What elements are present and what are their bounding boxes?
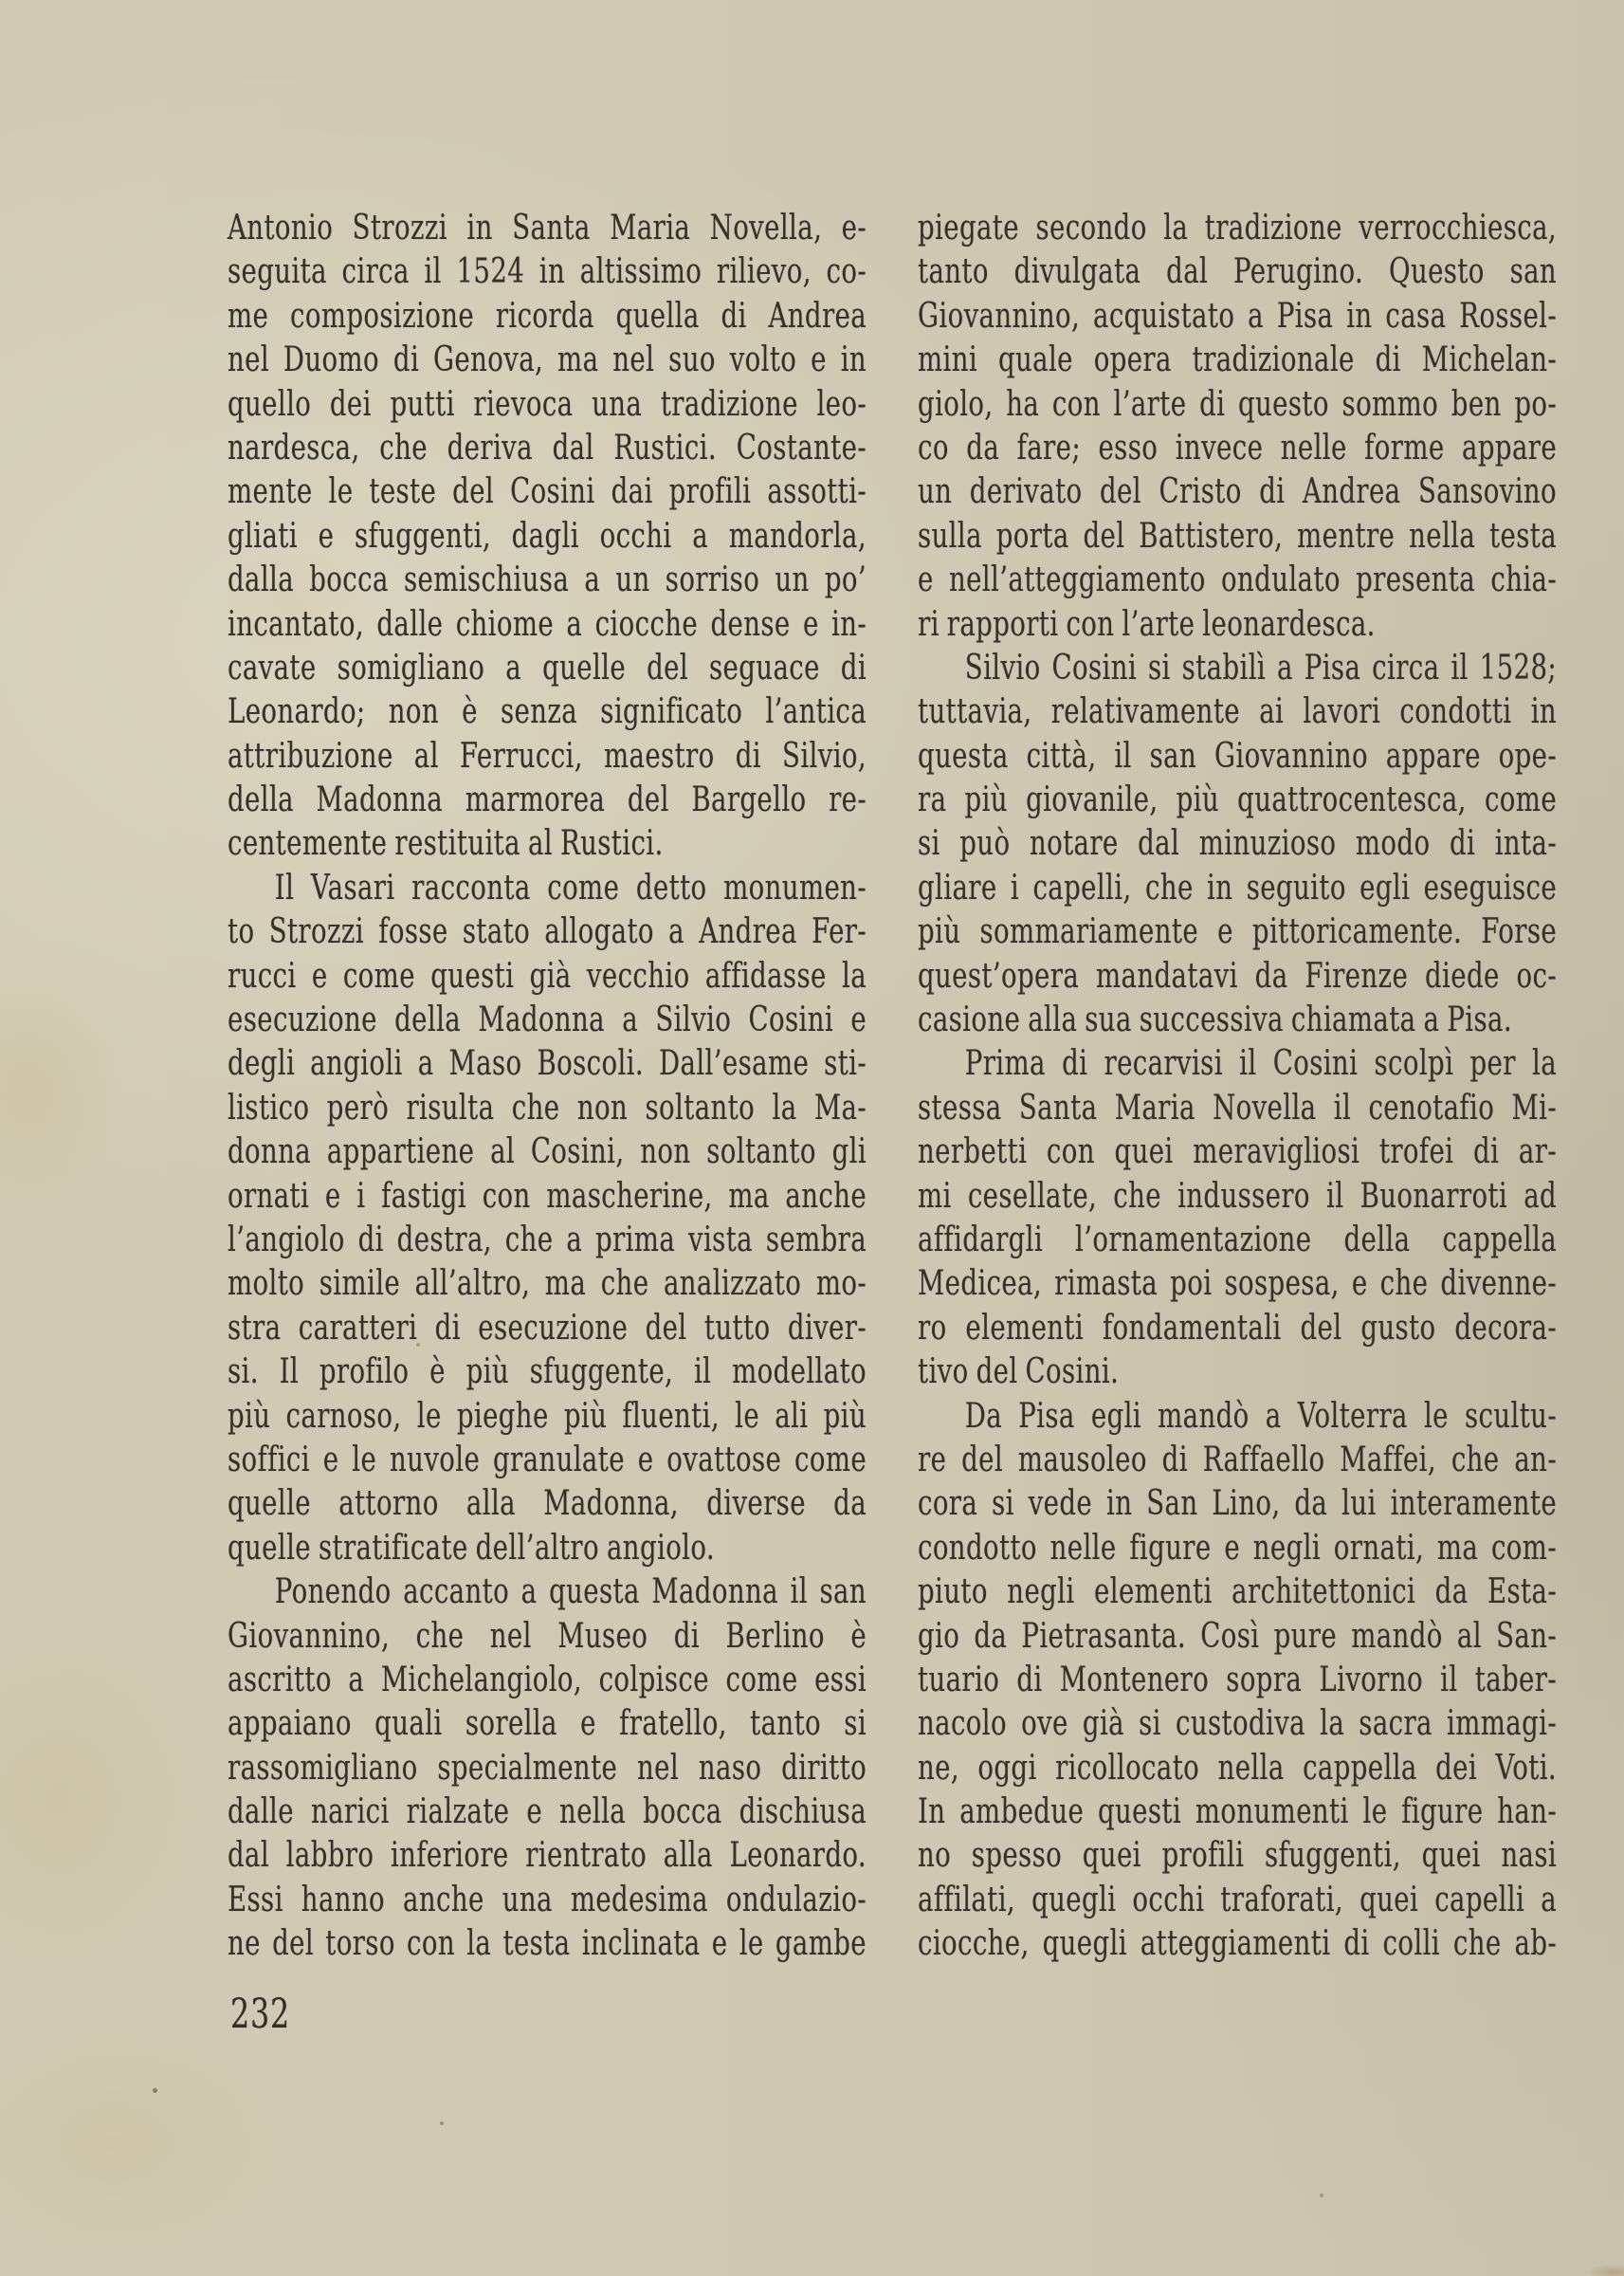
text-line: miniqualeoperatradizionalediMichelan- bbox=[918, 340, 1557, 384]
text-line: cavatesomiglianoaquelledelseguacedi bbox=[228, 649, 867, 692]
text-line: si.Ilprofiloèpiùsfuggente,ilmodellato bbox=[228, 1352, 867, 1396]
text-line: menteletestedelCosinidaiprofiliassotti- bbox=[228, 472, 867, 516]
text-line: Giovannino,acquistatoaPisaincasaRossel- bbox=[918, 297, 1557, 340]
text-line: codafare;essoinvecenelleformeappare bbox=[918, 429, 1557, 472]
scan-speck bbox=[1320, 2193, 1323, 2197]
text-line: seguitacircail1524inaltissimorilievo,co- bbox=[228, 252, 867, 296]
text-line: ascrittoaMichelangiolo,colpiscecomeessi bbox=[228, 1661, 867, 1704]
text-line: mecomposizionericordaquelladiAndrea bbox=[228, 297, 867, 340]
text-line: incantato,dallechiomeaciocchedenseein- bbox=[228, 605, 867, 649]
text-line: ornatieifastigiconmascherine,maanche bbox=[228, 1177, 867, 1221]
text-line: sullaportadelBattistero,mentrenellatesta bbox=[918, 517, 1557, 560]
text-line: sipuònotaredalminuziosomododiinta- bbox=[918, 824, 1557, 868]
text-line: sofficielenuvolegranulateeovattosecome bbox=[228, 1441, 867, 1484]
text-line: quellodeiputtirievocaunatradizioneleo- bbox=[228, 385, 867, 429]
text-line: SilvioCosinisistabilìaPisacircail1528; bbox=[918, 649, 1557, 692]
text-line: listicoperòrisultachenonsoltantolaMa- bbox=[228, 1089, 867, 1132]
text-line: toStrozzifossestatoallogatoaAndreaFer- bbox=[228, 912, 867, 956]
text-line: IlVasariraccontacomedettomonumen- bbox=[228, 869, 867, 912]
text-line: casioneallasuasuccessivachiamataaPisa. bbox=[918, 1000, 1557, 1044]
text-line: PrimadirecarvisiilCosiniscolpìperla bbox=[918, 1044, 1557, 1088]
text-line: piùsommariamenteepittoricamente.Forse bbox=[918, 912, 1557, 956]
text-line: quelleattornoallaMadonna,diverseda bbox=[228, 1484, 867, 1528]
text-line: PonendoaccantoaquestaMadonnailsan bbox=[228, 1572, 867, 1616]
text-line: giolo,haconl’artediquestosommobenpo- bbox=[918, 385, 1557, 429]
text-line: Giovannino,chenelMuseodiBerlinoè bbox=[228, 1617, 867, 1661]
text-line: AntonioStrozziinSantaMariaNovella,e- bbox=[228, 209, 867, 252]
text-line: micesellate,cheindusseroilBuonarrotiad bbox=[918, 1177, 1557, 1221]
text-line: appaianoqualisorellaefratello,tantosi bbox=[228, 1704, 867, 1748]
page-number: 232 bbox=[230, 1991, 290, 2038]
text-line: giodaPietrasanta.CosìpuremandòalSan- bbox=[918, 1617, 1557, 1661]
text-column-right: piegatesecondolatradizioneverrocchiesca,… bbox=[918, 209, 1557, 1969]
text-line: underivatodelCristodiAndreaSansovino bbox=[918, 472, 1557, 516]
text-line: roelementifondamentalidelgustodecora- bbox=[918, 1309, 1557, 1352]
text-line: attribuzionealFerrucci,maestrodiSilvio, bbox=[228, 737, 867, 780]
text-line: redelmausoleodiRaffaelloMaffei,chean- bbox=[918, 1441, 1557, 1484]
text-line: Essihannoancheunamedesimaondulazio- bbox=[228, 1881, 867, 1924]
text-line: rirapporticonl’arteleonardesca. bbox=[918, 605, 1557, 649]
text-column-left: AntonioStrozziinSantaMariaNovella,e-segu… bbox=[228, 209, 867, 1969]
text-line: rapiùgiovanile,piùquattrocentesca,come bbox=[918, 780, 1557, 824]
text-line: questacittà,ilsanGiovanninoappareope- bbox=[918, 737, 1557, 780]
text-line: affidarglil’ornamentazionedellacappella bbox=[918, 1221, 1557, 1264]
scan-speck bbox=[440, 2121, 444, 2125]
text-line: ciocche,quegliatteggiamentidicollicheab- bbox=[918, 1924, 1557, 1968]
text-line: quellestratificatedell’altroangiolo. bbox=[228, 1529, 867, 1572]
text-line: Medicea,rimastapoisospesa,echedivenne- bbox=[918, 1264, 1557, 1308]
text-line: Leonardo;nonèsenzasignificatol’antica bbox=[228, 692, 867, 736]
text-line: rucciecomequestigiàvecchioaffidassela bbox=[228, 957, 867, 1000]
text-line: nospessoqueiprofilisfuggenti,queinasi bbox=[918, 1836, 1557, 1880]
text-line: corasivedeinSanLino,daluiinteramente bbox=[918, 1484, 1557, 1528]
text-line: stracaratteridiesecuzionedeltuttodiver- bbox=[228, 1309, 867, 1352]
text-line: nelDuomodiGenova,manelsuovoltoein bbox=[228, 340, 867, 384]
book-page-scan: AntonioStrozziinSantaMariaNovella,e-segu… bbox=[0, 0, 1624, 2276]
text-line: dellaMadonnamarmoreadelBargellore- bbox=[228, 780, 867, 824]
text-line: piegatesecondolatradizioneverrocchiesca, bbox=[918, 209, 1557, 252]
text-line: nedeltorsoconlatestainclinataelegambe bbox=[228, 1924, 867, 1968]
text-line: moltosimileall’altro,macheanalizzatomo- bbox=[228, 1264, 867, 1308]
text-line: gliareicapelli,cheinseguitoeglieseguisce bbox=[918, 869, 1557, 912]
text-line: piùcarnoso,lepieghepiùfluenti,lealipiù bbox=[228, 1397, 867, 1441]
text-line: affilati,quegliocchitraforati,queicapell… bbox=[918, 1881, 1557, 1924]
text-line: centementerestituitaalRustici. bbox=[228, 824, 867, 868]
text-line: dallenaricirialzateenellaboccadischiusa bbox=[228, 1792, 867, 1836]
text-line: rassomiglianospecialmentenelnasodiritto bbox=[228, 1749, 867, 1792]
text-line: dallaboccasemischiusaaunsorrisounpo’ bbox=[228, 560, 867, 604]
text-line: esecuzionedellaMadonnaaSilvioCosinie bbox=[228, 1000, 867, 1044]
text-line: tivodelCosini. bbox=[918, 1352, 1557, 1396]
text-line: DaPisaeglimandòaVolterralescultu- bbox=[918, 1397, 1557, 1441]
text-line: quest’operamandatavidaFirenzediedeoc- bbox=[918, 957, 1557, 1000]
scan-speck bbox=[153, 2088, 157, 2093]
text-line: stessaSantaMariaNovellailcenotafioMi- bbox=[918, 1089, 1557, 1132]
text-line: nacoloovegiàsicustodivalasacraimmagi- bbox=[918, 1704, 1557, 1748]
text-line: tantodivulgatadalPerugino.Questosan bbox=[918, 252, 1557, 296]
text-line: degliangioliaMasoBoscoli.Dall’esamesti- bbox=[228, 1044, 867, 1088]
text-line: enell’atteggiamentoondulatopresentachia- bbox=[918, 560, 1557, 604]
text-line: nerbetticonqueimeravigliositrofeidiar- bbox=[918, 1132, 1557, 1176]
text-line: donnaappartienealCosini,nonsoltantogli bbox=[228, 1132, 867, 1176]
text-line: nardesca,chederivadalRustici.Costante- bbox=[228, 429, 867, 472]
text-line: l’angiolodidestra,cheaprimavistasembra bbox=[228, 1221, 867, 1264]
text-line: tuariodiMontenerosopraLivornoiltaber- bbox=[918, 1661, 1557, 1704]
text-line: piutoneglielementiarchitettonicidaEsta- bbox=[918, 1572, 1557, 1616]
scan-speck bbox=[416, 1343, 420, 1347]
text-line: Inambeduequestimonumentilefigurehan- bbox=[918, 1792, 1557, 1836]
text-line: gliatiesfuggenti,dagliocchiamandorla, bbox=[228, 517, 867, 560]
text-line: ne,oggiricollocatonellacappelladeiVoti. bbox=[918, 1749, 1557, 1792]
text-line: condottonellefigureenegliornati,macom- bbox=[918, 1529, 1557, 1572]
text-line: tuttavia,relativamenteailavoricondottiin bbox=[918, 692, 1557, 736]
text-line: dallabbroinferiorerientratoallaLeonardo. bbox=[228, 1836, 867, 1880]
